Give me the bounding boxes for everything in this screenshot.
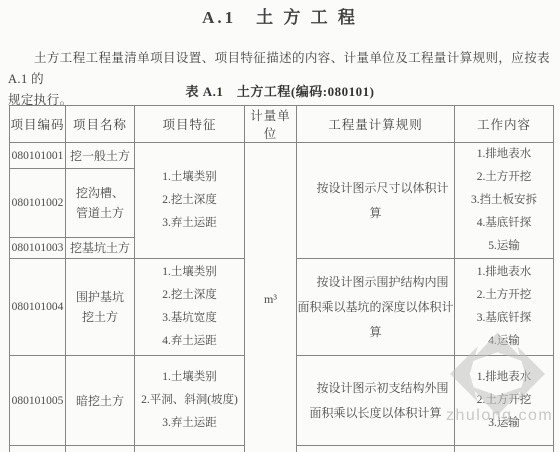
item-features: 1.土壤类别 2.平洞、斜洞(坡度) 3.弃土运距 (135, 356, 245, 446)
col-header-project-code: 项目编码 (10, 106, 66, 143)
col-header-unit: 计量单位 (245, 106, 297, 143)
unit-cell: m³ (245, 143, 297, 452)
table-header-row: 项目编码 项目名称 项目特征 计量单位 工程量计算规则 工作内容 (10, 106, 554, 143)
col-header-calc-rule: 工程量计算规则 (297, 106, 455, 143)
work-content: 1.排地表水 2.土方开挖 3.基底钎探 4.运输 (455, 259, 554, 356)
empty-cell (66, 446, 135, 452)
item-code: 080101001 (10, 143, 66, 169)
item-code: 080101003 (10, 238, 66, 259)
empty-cell (135, 446, 245, 452)
empty-cell (10, 446, 66, 452)
calc-rule: 按设计图示初支结构外围面积乘以长度以体积计算 (297, 356, 455, 446)
intro-paragraph: 土方工程工程量清单项目设置、项目特征描述的内容、计量单位及工程量计算规则，应按表… (8, 48, 554, 111)
empty-cell (297, 446, 455, 452)
empty-cell (455, 446, 554, 452)
item-name: 暗挖土方 (66, 356, 135, 446)
item-code: 080101005 (10, 356, 66, 446)
item-name: 挖基坑土方 (66, 238, 135, 259)
item-code: 080101002 (10, 169, 66, 238)
item-name: 挖沟槽、 管道土方 (66, 169, 135, 238)
item-features: 1.土壤类别 2.挖土深度 3.弃土运距 (135, 143, 245, 259)
item-code: 080101004 (10, 259, 66, 356)
item-name: 挖一般土方 (66, 143, 135, 169)
item-features: 1.土壤类别 2.挖土深度 3.基坑宽度 4.弃土运距 (135, 259, 245, 356)
col-header-work-content: 工作内容 (455, 106, 554, 143)
col-header-project-name: 项目名称 (66, 106, 135, 143)
table-row: 080101001 挖一般土方 1.土壤类别 2.挖土深度 3.弃土运距 m³ … (10, 143, 554, 169)
clause-table: 项目编码 项目名称 项目特征 计量单位 工程量计算规则 工作内容 0801010… (9, 105, 554, 452)
calc-rule: 按设计图示尺寸以体积计算 (297, 143, 455, 259)
item-name: 围护基坑 挖土方 (66, 259, 135, 356)
work-content: 1.排地表水 2.土方开挖 3.运输 (455, 356, 554, 446)
col-header-project-features: 项目特征 (135, 106, 245, 143)
page-title: A.1 土 方 工 程 (0, 3, 560, 28)
work-content: 1.排地表水 2.土方开挖 3.挡土板安拆 4.基底钎探 5.运输 (455, 143, 554, 259)
table-caption: 表 A.1 土方工程(编码:080101) (0, 81, 560, 100)
calc-rule: 按设计图示围护结构内围面积乘以基坑的深度以体积计算 (297, 259, 455, 356)
